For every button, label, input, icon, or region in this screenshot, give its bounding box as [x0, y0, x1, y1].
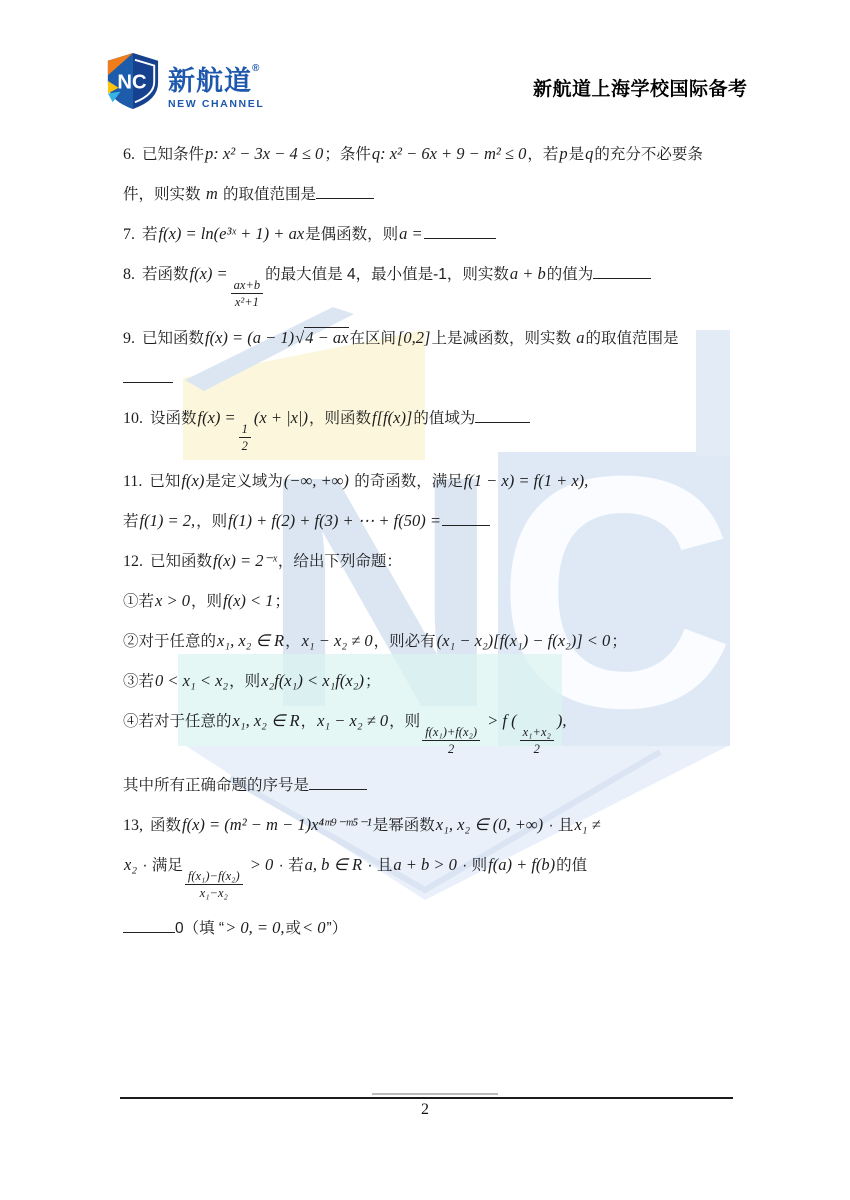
text-run: 已知 — [149, 473, 180, 490]
text-run: 件，则实数 — [123, 186, 205, 203]
text-run: ； — [365, 673, 381, 690]
fraction-denominator: 2 — [239, 438, 251, 454]
new-channel-logo: NC 新航道 ® NEW CHANNEL — [106, 52, 264, 110]
math-run: > 0, = 0, — [224, 918, 285, 937]
fraction: 12 — [237, 421, 253, 455]
fraction-numerator: 1 — [239, 421, 251, 438]
fraction-denominator: 2 — [531, 741, 543, 757]
text-run: ③若 — [123, 673, 154, 690]
problem-7-line-1: 7.若f(x) = ln(e³ˣ + 1) + ax是偶函数，则a = — [123, 222, 743, 247]
nc-shield-letters: NC — [117, 72, 147, 94]
text-run: 的值为 — [547, 266, 594, 283]
answer-blank — [123, 366, 173, 383]
math-run: x₂ — [123, 855, 138, 874]
problem-11: 11.已知f(x)是定义域为(−∞, +∞) 的奇函数，满足f(1 − x) =… — [123, 469, 743, 534]
text-run: · 且 — [363, 857, 392, 874]
problem-6: 6.已知条件p: x² − 3x − 4 ≤ 0；条件q: x² − 6x + … — [123, 142, 743, 207]
brand-text: 新航道 ® NEW CHANNEL — [168, 52, 264, 110]
problem-12-line-5: ④若对于任意的x₁, x₂ ∈ R，x₁ − x₂ ≠ 0，则f(x₁)+f(x… — [123, 709, 743, 758]
text-run: ，则 — [229, 673, 260, 690]
problem-11-line-2: 若f(1) = 2,，则f(1) + f(2) + f(3) + ⋯ + f(5… — [123, 509, 743, 534]
math-run: a = — [398, 224, 424, 243]
problem-12-line-3: ②对于任意的x₁, x₂ ∈ R，x₁ − x₂ ≠ 0，则必有(x₁ − x₂… — [123, 629, 743, 654]
text-run: 上是减函数，则实数 — [431, 330, 575, 347]
text-run: ；条件 — [324, 146, 371, 163]
problem-12-line-2: ①若x > 0，则f(x) < 1； — [123, 589, 743, 614]
brand-name-cn: 新航道 — [168, 68, 252, 95]
problem-7: 7.若f(x) = ln(e³ˣ + 1) + ax是偶函数，则a = — [123, 222, 743, 247]
text-run: · 且 — [544, 817, 573, 834]
fraction: x₁+x₂2 — [518, 724, 556, 758]
text-run: 是幂函数 — [373, 817, 435, 834]
text-run: ②对于任意的 — [123, 633, 216, 650]
math-run: x₁ ≠ — [573, 815, 601, 834]
math-run: f(x) = — [189, 264, 229, 283]
problem-8: 8.若函数f(x) =ax+bx²+1的最大值是 4，最小值是-1，则实数a +… — [123, 262, 743, 311]
text-run: ，则必有 — [374, 633, 436, 650]
text-run: 的充分不必要条 — [594, 146, 703, 163]
problem-number: 6. — [123, 146, 135, 163]
problem-12-line-6: 其中所有正确命题的序号是 — [123, 773, 743, 798]
problem-12: 12.已知函数f(x) = 2⁻ˣ，给出下列命题：①若x > 0，则f(x) <… — [123, 549, 743, 798]
problem-number: 8. — [123, 266, 135, 283]
problem-number: 12. — [123, 553, 143, 570]
answer-blank — [593, 262, 651, 279]
math-run: f(x) = (m² − m − 1)x⁴ᵐ⁹⁻ᵐ⁵⁻¹ — [181, 815, 373, 834]
answer-blank — [123, 916, 175, 933]
text-run: ， — [301, 713, 317, 730]
math-run: a — [575, 328, 585, 347]
math-run: f(x) < 1 — [222, 591, 275, 610]
problem-12-line-1: 12.已知函数f(x) = 2⁻ˣ，给出下列命题： — [123, 549, 743, 574]
math-run: (x₁ − x₂)[f(x₁) − f(x₂)] < 0 — [436, 631, 612, 650]
problem-13-line-3: 0（填 “> 0, = 0,或< 0”） — [123, 916, 743, 941]
text-run: · 若 — [274, 857, 303, 874]
brand-name-en: NEW CHANNEL — [168, 99, 264, 110]
problem-8-line-1: 8.若函数f(x) =ax+bx²+1的最大值是 4，最小值是-1，则实数a +… — [123, 262, 743, 311]
text-run: 是 — [569, 146, 585, 163]
problem-list: 6.已知条件p: x² − 3x − 4 ≤ 0；条件q: x² − 6x + … — [123, 142, 743, 956]
math-run: f(x) = 2⁻ˣ — [212, 551, 278, 570]
math-run: f(x) = ln(e³ˣ + 1) + ax — [158, 224, 306, 243]
document-title: 新航道上海学校国际备考 — [533, 74, 748, 101]
math-run: ), — [556, 711, 568, 730]
math-run: [0,2] — [396, 328, 431, 347]
document-page: N C NC 新航道 ® NEW CHANNEL 新航道上海学 — [0, 0, 850, 1200]
text-run: 或 — [286, 920, 302, 937]
math-run: f[f(x)] — [371, 408, 413, 427]
text-run: ，若 — [527, 146, 558, 163]
problem-9-line-2 — [123, 366, 743, 391]
text-run: 已知条件 — [142, 146, 204, 163]
text-run: 若函数 — [142, 266, 189, 283]
problem-number: 7. — [123, 226, 135, 243]
text-run: 的取值范围是 — [219, 186, 316, 203]
text-run: 的值 — [556, 857, 587, 874]
text-run: · 满足 — [138, 857, 183, 874]
math-run: a, b ∈ R — [304, 855, 363, 874]
answer-blank — [424, 222, 496, 239]
math-run: x₁, x₂ ∈ (0, +∞) — [435, 815, 544, 834]
math-run: < 0 — [301, 918, 327, 937]
problem-number: 11. — [123, 473, 142, 490]
text-run: 已知函数 — [150, 553, 212, 570]
math-run: x₂f(x₁) < x₁f(x₂) — [260, 671, 365, 690]
fraction-denominator: x²+1 — [232, 294, 262, 310]
text-run: 若 — [142, 226, 158, 243]
math-run: x₁ − x₂ ≠ 0 — [316, 711, 389, 730]
problem-13: 13,函数f(x) = (m² − m − 1)x⁴ᵐ⁹⁻ᵐ⁵⁻¹是幂函数x₁,… — [123, 813, 743, 942]
problem-6-line-1: 6.已知条件p: x² − 3x − 4 ≤ 0；条件q: x² − 6x + … — [123, 142, 743, 167]
nc-shield-icon: NC — [106, 52, 160, 110]
text-run: · 则 — [458, 857, 487, 874]
math-run: x₁, x₂ ∈ R — [216, 631, 285, 650]
math-run: f(x) — [180, 471, 205, 490]
fraction-numerator: x₁+x₂ — [520, 724, 554, 741]
text-run: ”） — [327, 920, 348, 937]
text-run: 函数 — [150, 817, 181, 834]
page-header: NC 新航道 ® NEW CHANNEL 新航道上海学校国际备考 — [0, 0, 850, 130]
fraction: f(x₁)+f(x₂)2 — [420, 724, 482, 758]
problem-number: 9. — [123, 330, 135, 347]
page-number: 2 — [0, 1101, 850, 1119]
math-run: 0 < x₁ < x₂ — [154, 671, 229, 690]
footer-divider-light — [372, 1093, 498, 1095]
text-run: ，给出下列命题： — [278, 553, 402, 570]
math-run: (x + |x|) — [253, 408, 309, 427]
math-run: a + b > 0 — [392, 855, 458, 874]
text-run: ； — [275, 593, 291, 610]
problem-number: 10. — [123, 410, 143, 427]
text-run: 设函数 — [150, 410, 197, 427]
footer-divider-dark — [120, 1097, 733, 1099]
math-run: f(x) = — [197, 408, 237, 427]
problem-13-line-1: 13,函数f(x) = (m² − m − 1)x⁴ᵐ⁹⁻ᵐ⁵⁻¹是幂函数x₁,… — [123, 813, 743, 838]
problem-12-line-4: ③若0 < x₁ < x₂，则x₂f(x₁) < x₁f(x₂)； — [123, 669, 743, 694]
text-run: 其中所有正确命题的序号是 — [123, 777, 309, 794]
problem-number: 13, — [123, 817, 143, 834]
math-run: (−∞, +∞) — [283, 471, 350, 490]
text-run: 的取值范围是 — [586, 330, 679, 347]
math-run: f(a) + f(b) — [487, 855, 556, 874]
answer-blank — [309, 773, 367, 790]
registered-mark: ® — [252, 64, 259, 74]
math-run: x₁, x₂ ∈ R — [232, 711, 301, 730]
answer-blank — [442, 509, 490, 526]
fraction-numerator: f(x₁)−f(x₂) — [185, 868, 243, 885]
answer-blank — [316, 182, 374, 199]
math-run: > 0 — [245, 855, 275, 874]
math-run: m — [205, 184, 219, 203]
problem-10-line-1: 10.设函数f(x) =12(x + |x|)，则函数f[f(x)]的值域为 — [123, 406, 743, 455]
fraction-numerator: f(x₁)+f(x₂) — [422, 724, 480, 741]
problem-10: 10.设函数f(x) =12(x + |x|)，则函数f[f(x)]的值域为 — [123, 406, 743, 455]
math-run: p: x² − 3x − 4 ≤ 0 — [204, 144, 324, 163]
math-run: x > 0 — [154, 591, 191, 610]
text-run: ，则函数 — [309, 410, 371, 427]
math-run: > f ( — [482, 711, 518, 730]
text-run: ，则 — [389, 713, 420, 730]
text-run: ④若对于任意的 — [123, 713, 232, 730]
text-run: 是定义域为 — [205, 473, 283, 490]
text-run: 是偶函数，则 — [305, 226, 398, 243]
math-run: f(x) = (a − 1) — [204, 328, 295, 347]
text-run: 的最大值是 4，最小值是-1，则实数 — [265, 266, 509, 283]
math-run: q — [584, 144, 594, 163]
text-run: 的奇函数，满足 — [350, 473, 463, 490]
problem-9: 9.已知函数f(x) = (a − 1)√4 − ax在区间[0,2]上是减函数… — [123, 326, 743, 391]
text-run: 若 — [123, 513, 139, 530]
text-run: 的值域为 — [413, 410, 475, 427]
fraction-numerator: ax+b — [231, 277, 263, 294]
math-run: q: x² − 6x + 9 − m² ≤ 0 — [371, 144, 528, 163]
text-run: ； — [611, 633, 627, 650]
math-run: p — [558, 144, 568, 163]
fraction: f(x₁)−f(x₂)x₁−x₂ — [183, 868, 245, 902]
problem-11-line-1: 11.已知f(x)是定义域为(−∞, +∞) 的奇函数，满足f(1 − x) =… — [123, 469, 743, 494]
math-run: f(1) = 2, — [139, 511, 197, 530]
math-run: x₁ − x₂ ≠ 0 — [301, 631, 374, 650]
text-run: ，则 — [196, 513, 227, 530]
fraction-denominator: x₁−x₂ — [197, 885, 231, 901]
problem-9-line-1: 9.已知函数f(x) = (a − 1)√4 − ax在区间[0,2]上是减函数… — [123, 326, 743, 351]
square-root: √4 − ax — [295, 327, 349, 347]
text-run: ， — [285, 633, 301, 650]
problem-6-line-2: 件，则实数 m 的取值范围是 — [123, 182, 743, 207]
text-run: 已知函数 — [142, 330, 204, 347]
math-run: f(1 − x) = f(1 + x), — [463, 471, 590, 490]
answer-blank — [475, 406, 530, 423]
math-run: f(1) + f(2) + f(3) + ⋯ + f(50) = — [227, 511, 442, 530]
text-run: ①若 — [123, 593, 154, 610]
fraction: ax+bx²+1 — [229, 277, 265, 311]
problem-13-line-2: x₂ · 满足f(x₁)−f(x₂)x₁−x₂ > 0 · 若a, b ∈ R … — [123, 853, 743, 902]
math-run: a + b — [509, 264, 547, 283]
text-run: ，则 — [191, 593, 222, 610]
fraction-denominator: 2 — [445, 741, 457, 757]
text-run: 在区间 — [349, 330, 396, 347]
text-run: 0（填 “ — [175, 920, 224, 937]
